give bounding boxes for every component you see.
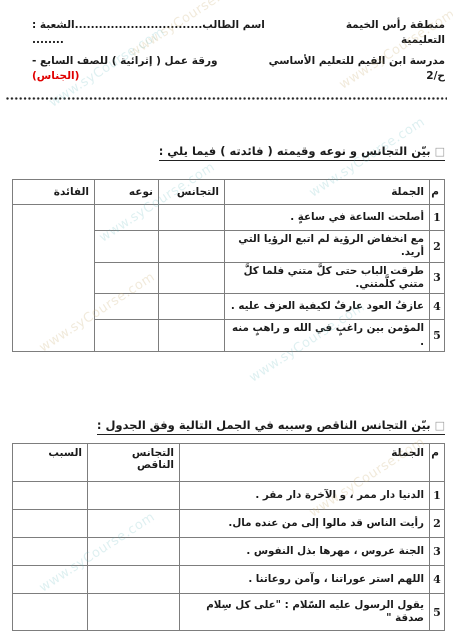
- row-sentence: الدنيا دار ممر ، و الآخرة دار مقر .: [180, 482, 430, 510]
- row-number: 4: [430, 294, 445, 320]
- answer-cell-benefit-merged: [13, 204, 95, 351]
- region-name: منطقة رأس الخيمة التعليمية: [299, 18, 445, 47]
- section1-title: □بيّن التجانس و نوعه وقيمته ( فائدته ) ف…: [0, 140, 445, 159]
- answer-cell-partial-tajanus: [88, 482, 180, 510]
- row-number: 1: [430, 482, 445, 510]
- table-row: 5 يقول الرسول عليه السّلام : "على كل سِل…: [13, 594, 445, 631]
- answer-cell-type: [95, 230, 159, 262]
- header-row-2: مدرسة ابن القيم للتعليم الأساسي ح/2 ورقة…: [0, 54, 453, 83]
- col-header-type: نوعه: [95, 179, 159, 204]
- answer-cell-type: [95, 262, 159, 294]
- answer-cell-tajanus: [159, 320, 225, 352]
- answer-cell-reason: [13, 566, 88, 594]
- col-header-num: م: [430, 179, 445, 204]
- answer-cell-tajanus: [159, 230, 225, 262]
- answer-cell-reason: [13, 594, 88, 631]
- incomplete-jinas-table: م الجملة التجانس الناقص السبب 1 الدنيا د…: [12, 443, 445, 631]
- section2-title-text: بيّن التجانس الناقص وسببه في الجمل التال…: [97, 418, 431, 432]
- answer-cell-type: [95, 204, 159, 230]
- row-number: 3: [430, 262, 445, 294]
- school-name: مدرسة ابن القيم للتعليم الأساسي ح/2: [256, 54, 445, 83]
- table-row: 1 الدنيا دار ممر ، و الآخرة دار مقر .: [13, 482, 445, 510]
- table2-header-row: م الجملة التجانس الناقص السبب: [13, 444, 445, 482]
- dotted-separator: [6, 97, 447, 100]
- table-row: 4 اللهم استر عوراتنا ، وآمن روعاتنا .: [13, 566, 445, 594]
- table-row: 1 أصلحت الساعة في ساعةٍ .: [13, 204, 445, 230]
- row-sentence: رأيت الناس قد مالوا إلى من عنده مال.: [180, 510, 430, 538]
- row-number: 5: [430, 320, 445, 352]
- answer-cell-reason: [13, 538, 88, 566]
- row-sentence: مع انخفاض الرؤية لم اتبع الرؤيا التي أري…: [225, 230, 430, 262]
- row-number: 5: [430, 594, 445, 631]
- col-header-sentence: الجملة: [180, 444, 430, 482]
- jinas-type-table: م الجملة التجانس نوعه الفائدة 1 أصلحت ال…: [12, 179, 445, 352]
- row-sentence: يقول الرسول عليه السّلام : "على كل سِلام…: [180, 594, 430, 631]
- worksheet-type-label: ورقة عمل ( إثرائية ) للصف السابع -: [32, 55, 218, 67]
- section2-title: □بيّن التجانس الناقص وسببه في الجمل التا…: [0, 414, 445, 433]
- header-row-1: منطقة رأس الخيمة التعليمية اسم الطالب...…: [0, 18, 453, 47]
- section-jinas-type: □بيّن التجانس و نوعه وقيمته ( فائدته ) ف…: [0, 140, 453, 352]
- answer-cell-partial-tajanus: [88, 510, 180, 538]
- page-header: منطقة رأس الخيمة التعليمية اسم الطالب...…: [0, 0, 453, 84]
- col-header-benefit: الفائدة: [13, 179, 95, 204]
- row-sentence: طرقت الباب حتى كلَّ متني فلما كلَّ متني …: [225, 262, 430, 294]
- row-sentence: الجنة عروس ، مهرها بذل النفوس .: [180, 538, 430, 566]
- answer-cell-reason: [13, 482, 88, 510]
- row-sentence: أصلحت الساعة في ساعةٍ .: [225, 204, 430, 230]
- topic-label: (الجناس): [32, 70, 79, 82]
- answer-cell-tajanus: [159, 262, 225, 294]
- answer-cell-tajanus: [159, 204, 225, 230]
- row-sentence: اللهم استر عوراتنا ، وآمن روعاتنا .: [180, 566, 430, 594]
- col-header-partial-tajanus: التجانس الناقص: [88, 444, 180, 482]
- col-header-tajanus: التجانس: [159, 179, 225, 204]
- section1-title-text: بيّن التجانس و نوعه وقيمته ( فائدته ) في…: [159, 144, 431, 158]
- row-number: 1: [430, 204, 445, 230]
- col-header-reason: السبب: [13, 444, 88, 482]
- col-header-num: م: [430, 444, 445, 482]
- student-name-line: اسم الطالب..............................…: [32, 18, 299, 47]
- answer-cell-type: [95, 320, 159, 352]
- answer-cell-partial-tajanus: [88, 566, 180, 594]
- answer-cell-partial-tajanus: [88, 538, 180, 566]
- answer-cell-tajanus: [159, 294, 225, 320]
- row-number: 2: [430, 230, 445, 262]
- col-header-sentence: الجملة: [225, 179, 430, 204]
- checkbox-icon: □: [435, 419, 445, 432]
- answer-cell-reason: [13, 510, 88, 538]
- row-sentence: عازفُ العود عارفٌ لكيفية العزف عليه .: [225, 294, 430, 320]
- table-row: 3 الجنة عروس ، مهرها بذل النفوس .: [13, 538, 445, 566]
- section-incomplete-jinas: □بيّن التجانس الناقص وسببه في الجمل التا…: [0, 414, 453, 631]
- row-sentence: المؤمن بين راغبٍ في الله و راهبٍ منه .: [225, 320, 430, 352]
- row-number: 3: [430, 538, 445, 566]
- table-row: 2 رأيت الناس قد مالوا إلى من عنده مال.: [13, 510, 445, 538]
- row-number: 4: [430, 566, 445, 594]
- worksheet-page: www.syCourse.com www.syCourse.com www.sy…: [0, 0, 453, 640]
- row-number: 2: [430, 510, 445, 538]
- table1-header-row: م الجملة التجانس نوعه الفائدة: [13, 179, 445, 204]
- answer-cell-type: [95, 294, 159, 320]
- checkbox-icon: □: [435, 145, 445, 158]
- answer-cell-partial-tajanus: [88, 594, 180, 631]
